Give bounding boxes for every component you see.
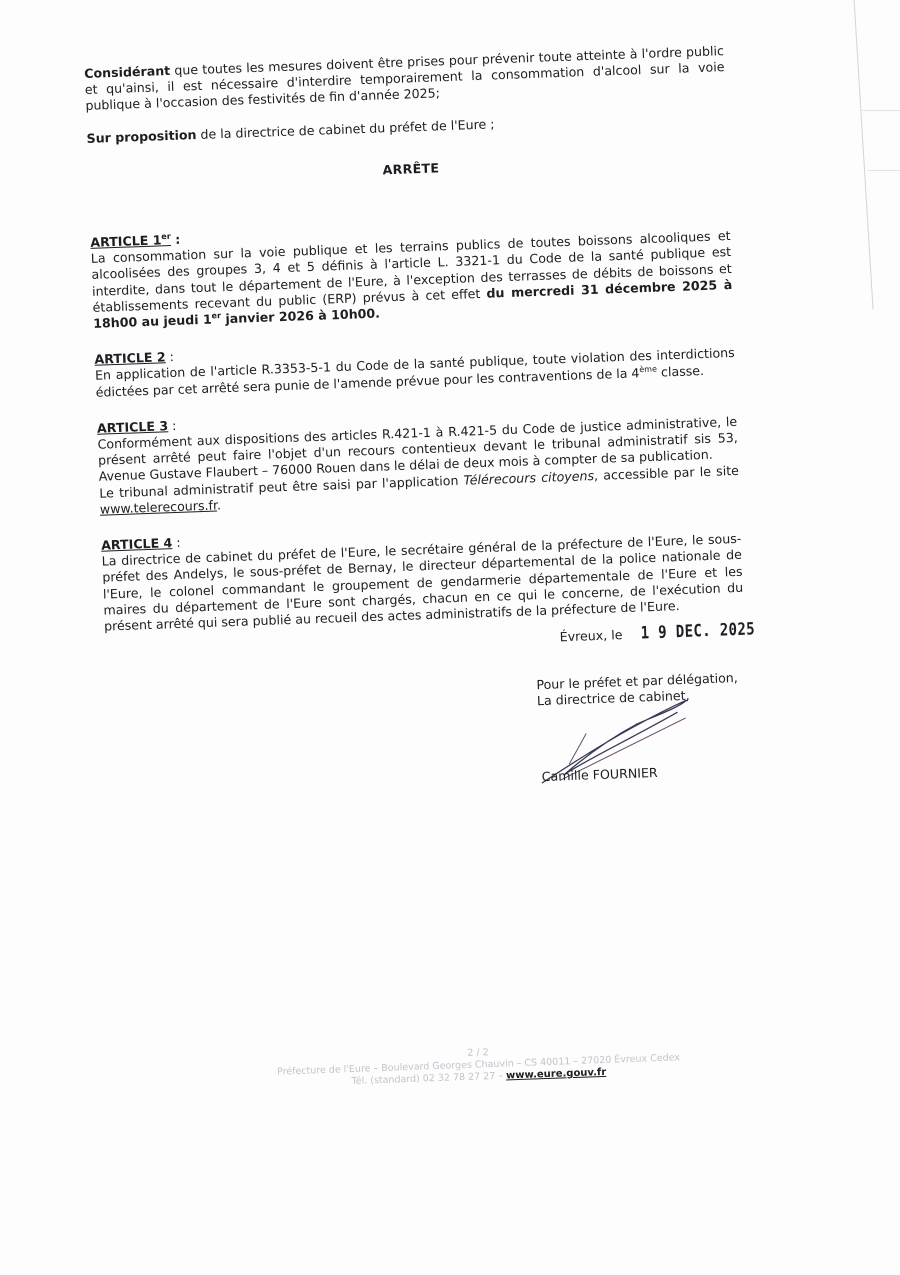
signer-name: Camille FOURNIER [541,765,658,785]
document-body: Considérant que toutes les mesures doive… [84,43,751,825]
considerant-lead: Considérant [84,63,170,81]
website-link[interactable]: www.eure.gouv.fr [506,1067,607,1082]
scan-edge-mark [862,110,900,111]
date-stamp: 1 9 DEC. 2025 [640,622,755,642]
place-label: Évreux, le [559,627,622,644]
scan-page-edge [853,0,874,309]
telerecours-link[interactable]: www.telerecours.fr [100,497,218,516]
signature-block: Évreux, le1 9 DEC. 2025 Pour le préfet e… [104,612,750,825]
page-footer: 2 / 2 Préfecture de l'Eure – Boulevard G… [268,1040,689,1091]
scan-edge-mark [868,170,900,171]
date-line: Évreux, le1 9 DEC. 2025 [559,621,780,646]
proposition-lead: Sur proposition [86,127,196,146]
